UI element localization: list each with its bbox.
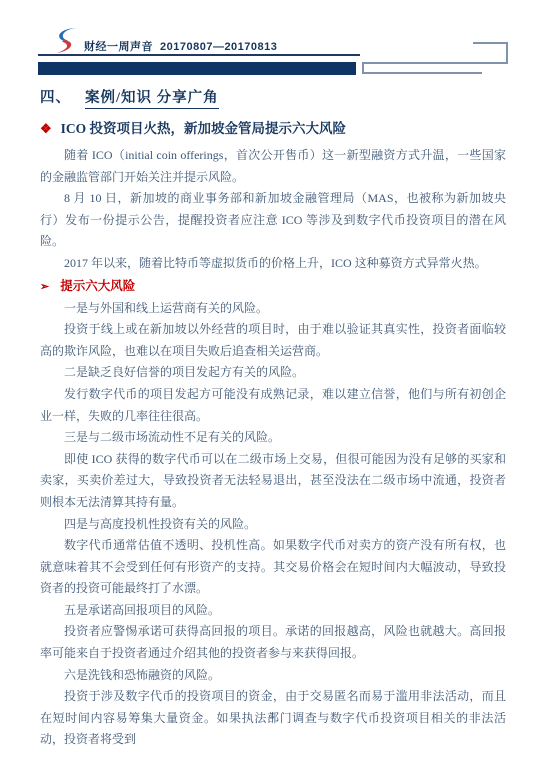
brand-name: 财经一周声音 bbox=[84, 41, 153, 53]
risk-body: 发行数字代币的项目发起方可能没有成熟记录，难以建立信誉，他们与所有初创企业一样，… bbox=[40, 384, 506, 427]
decorative-frame bbox=[360, 40, 510, 78]
risk-head: 三是与二级市场流动性不足有关的风险。 bbox=[40, 427, 506, 449]
risk-body: 即使 ICO 获得的数字代币可以在二级市场上交易，但很可能因为没有足够的买家和卖… bbox=[40, 449, 506, 514]
decorative-frame-line bbox=[363, 43, 507, 73]
risk-body: 投资者应警惕承诺可获得高回报的项目。承诺的回报越高，风险也就越大。高回报率可能来… bbox=[40, 621, 506, 664]
intro-paragraph: 2017 年以来，随着比特币等虚拟货币的价格上升，ICO 这种募资方式异常火热。 bbox=[40, 253, 506, 275]
risks-subheading-text: 提示六大风险 bbox=[60, 279, 135, 293]
article-body: 四、案例/知识 分享广角 ❖ICO 投资项目火热，新加坡金管局提示六大风险 随着… bbox=[40, 86, 506, 751]
risks-subheading: ➢提示六大风险 bbox=[40, 275, 506, 298]
risk-body: 投资于线上或在新加坡以外经营的项目时，由于难以验证其真实性，投资者面临较高的欺诈… bbox=[40, 319, 506, 362]
article-heading: ❖ICO 投资项目火热，新加坡金管局提示六大风险 bbox=[40, 117, 506, 137]
page-number: 4 bbox=[269, 710, 275, 722]
intro-paragraph: 8 月 10 日，新加坡的商业事务部和新加坡金融管理局（MAS，也被称为新加坡央… bbox=[40, 188, 506, 253]
risk-head: 五是承诺高回报项目的风险。 bbox=[40, 600, 506, 622]
header-navy-bar bbox=[38, 62, 356, 75]
document-page: 财经一周声音20170807—20170813 四、案例/知识 分享广角 ❖IC… bbox=[0, 0, 543, 768]
risk-head: 四是与高度投机性投资有关的风险。 bbox=[40, 514, 506, 536]
header-date-range: 20170807—20170813 bbox=[160, 41, 277, 53]
header-rule bbox=[38, 54, 360, 56]
section-number: 四、 bbox=[40, 90, 71, 106]
risk-body: 数字代币通常估值不透明、投机性高。如果数字代币对卖方的资产没有所有权，也就意味着… bbox=[40, 535, 506, 600]
arrow-bullet-icon: ➢ bbox=[40, 281, 49, 293]
section-title-text: 案例/知识 分享广角 bbox=[85, 90, 219, 109]
article-title-text: ICO 投资项目火热，新加坡金管局提示六大风险 bbox=[61, 121, 346, 136]
diamond-bullet-icon: ❖ bbox=[40, 121, 52, 136]
risk-head: 二是缺乏良好信誉的项目发起方有关的风险。 bbox=[40, 362, 506, 384]
intro-paragraph: 随着 ICO（initial coin offerings，首次公开售币）这一新… bbox=[40, 145, 506, 188]
header-brand-row: 财经一周声音20170807—20170813 bbox=[84, 38, 277, 54]
brand-logo-icon bbox=[55, 27, 79, 54]
logo-swoosh-top bbox=[59, 28, 76, 41]
section-heading: 四、案例/知识 分享广角 bbox=[40, 86, 506, 107]
logo-swoosh-bottom bbox=[57, 40, 71, 53]
page-footer: 4 bbox=[0, 710, 543, 722]
risk-head: 一是与外国和线上运营商有关的风险。 bbox=[40, 298, 506, 320]
risk-head: 六是洗钱和恐怖融资的风险。 bbox=[40, 665, 506, 687]
